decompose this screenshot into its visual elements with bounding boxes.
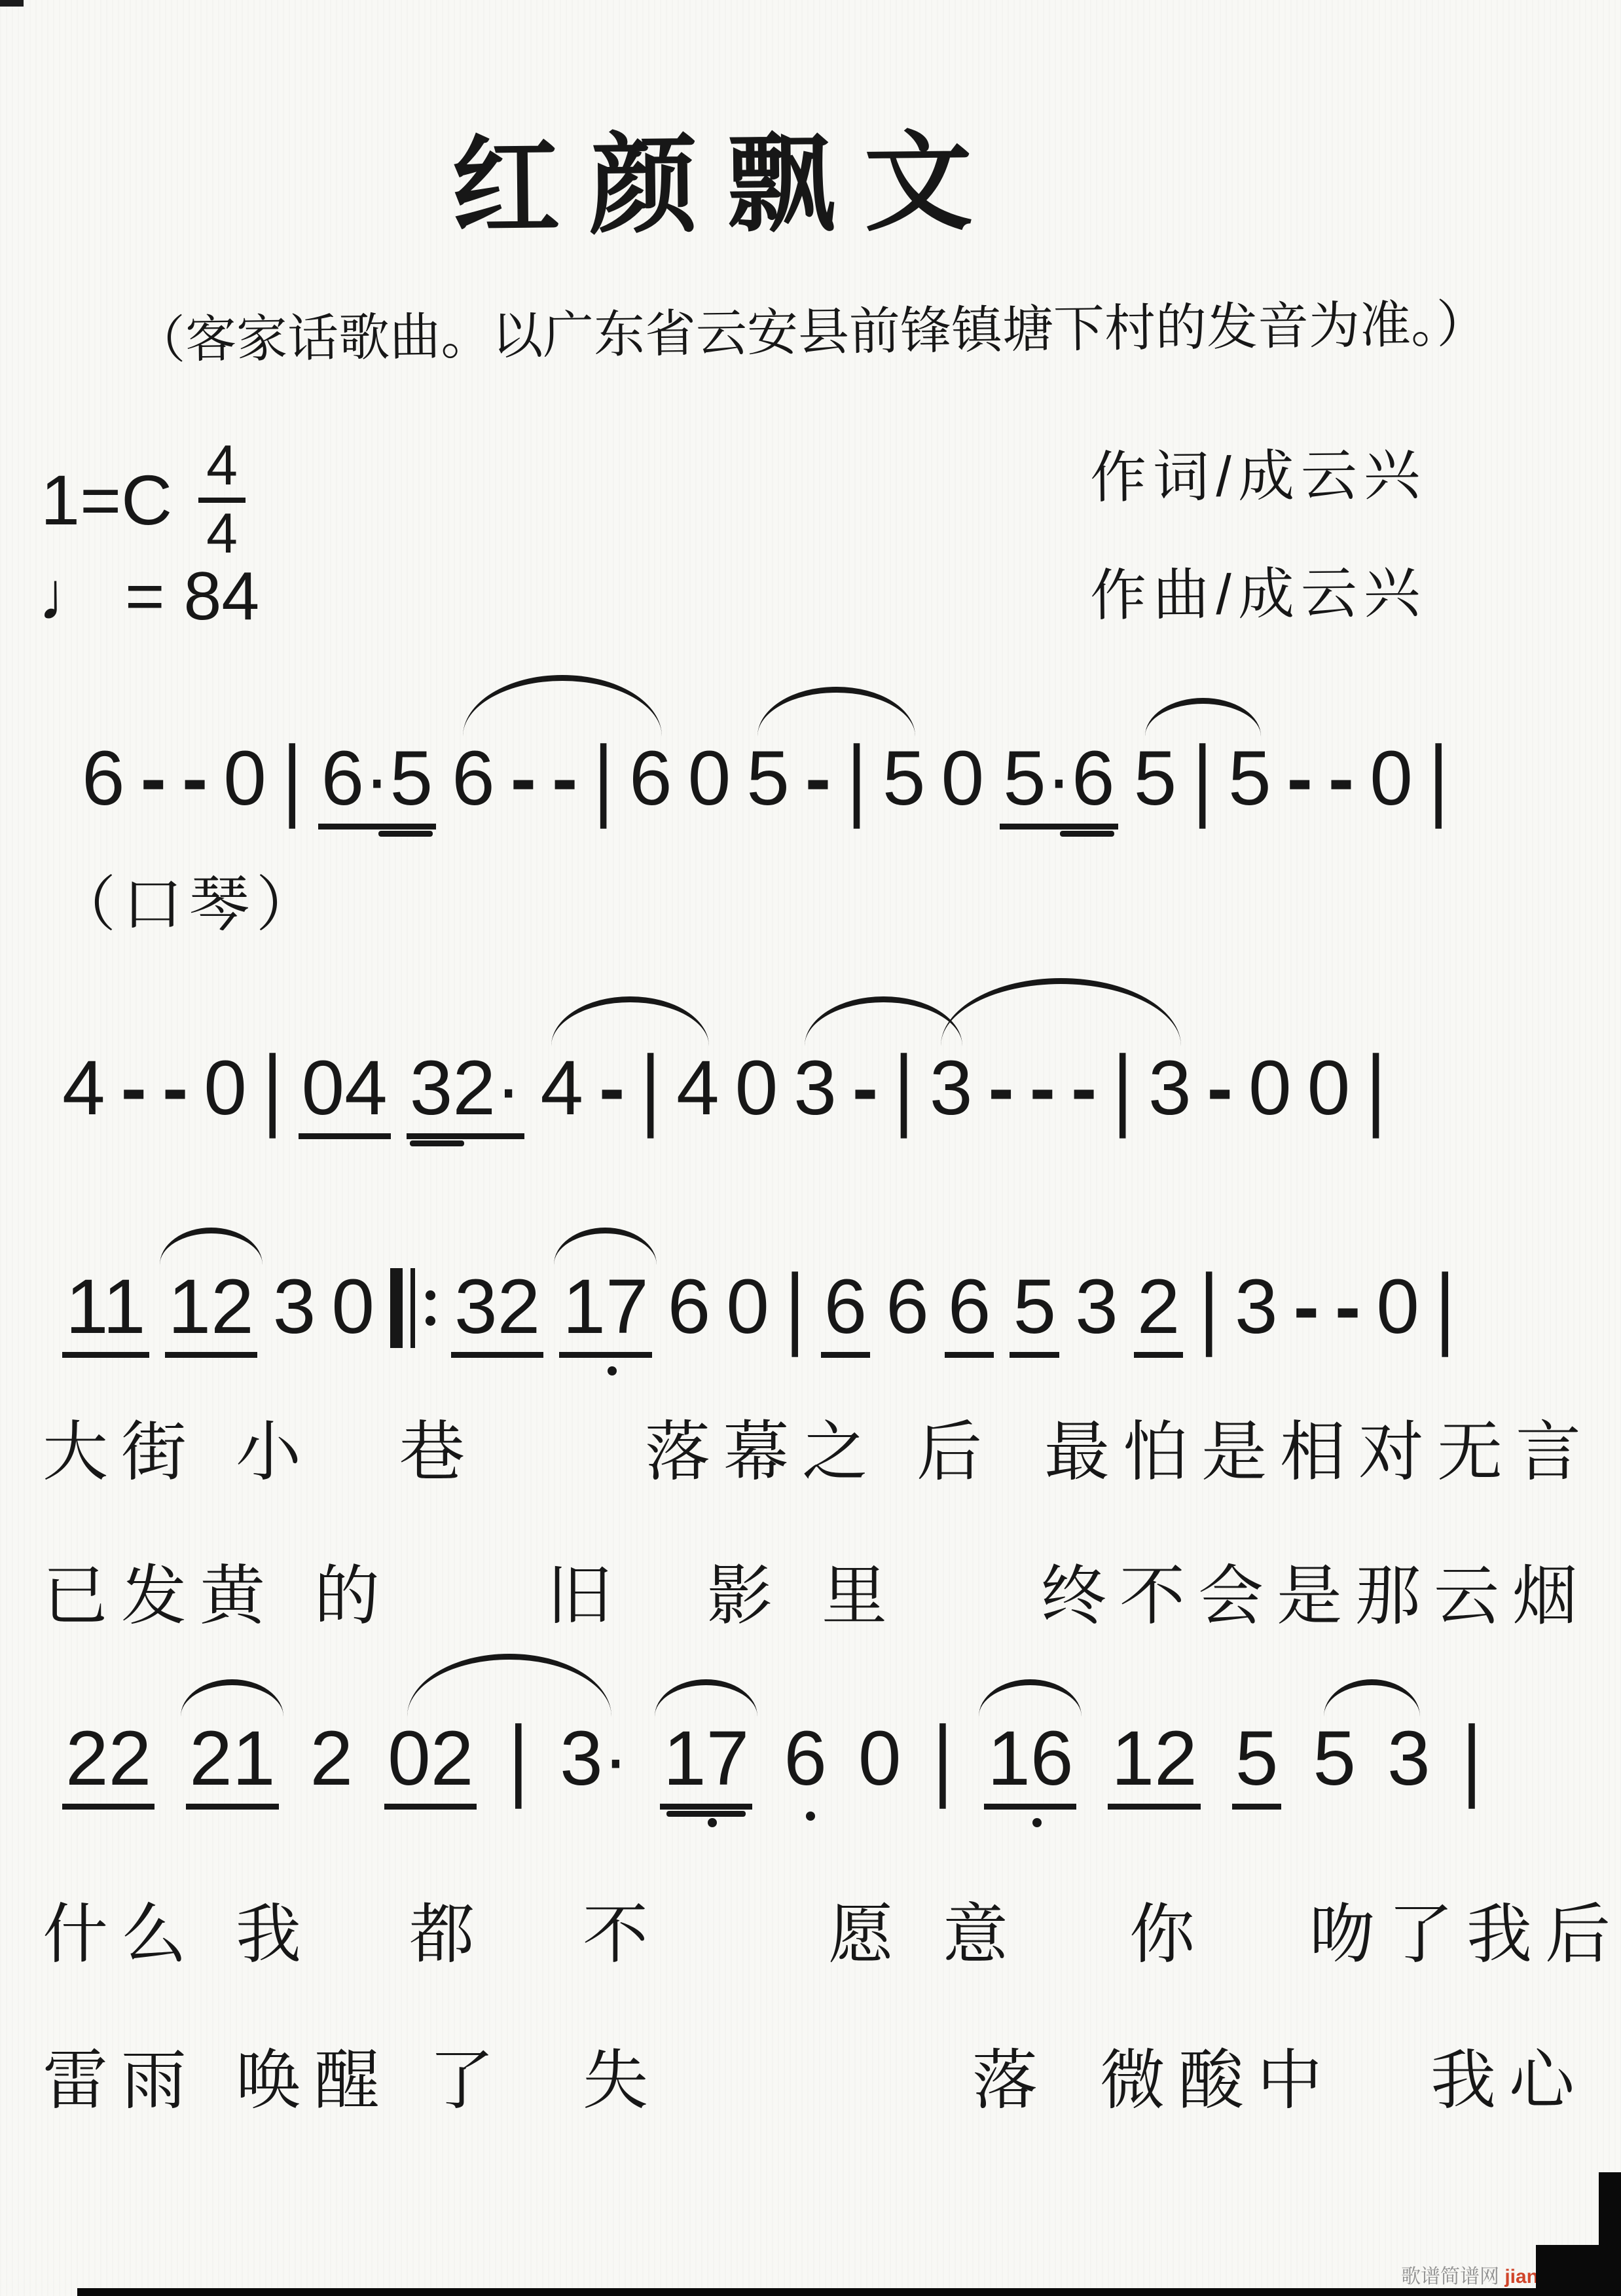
note-token: 6 — [886, 1268, 929, 1345]
barline-mark: | — [1192, 733, 1212, 824]
note-token: - — [162, 1049, 188, 1127]
lyric-segment: 雷雨 — [43, 2041, 200, 2120]
quarter-note-icon: ♩ — [38, 558, 106, 634]
barline-mark: | — [593, 733, 613, 824]
lyric-segment: 后 — [917, 1413, 995, 1491]
note-token: - — [852, 1049, 878, 1127]
lyric-segment: 大街 — [43, 1413, 200, 1491]
note-token: 4 — [62, 1049, 105, 1127]
lyric-segment: 吻了我后 — [1309, 1895, 1621, 1974]
barline-mark: | — [894, 1042, 914, 1133]
note-token: 5 — [1010, 1268, 1059, 1358]
note-token: 5 — [1313, 1720, 1356, 1797]
note-token: - — [141, 740, 166, 817]
note-token: 17 — [559, 1268, 651, 1358]
tie-arc — [181, 1679, 283, 1717]
note-token: 0 — [1248, 1049, 1292, 1127]
lyric-segment: 里 — [822, 1557, 900, 1635]
lyric-segment: 旧 — [547, 1557, 625, 1635]
note-token: 0 — [331, 1268, 374, 1345]
scan-artifact-bottom-bar — [77, 2288, 1621, 2296]
music-line: 4--0|0432·4-|403-|3---|3-00| — [62, 968, 1386, 1139]
note-token: - — [511, 740, 536, 817]
barline-mark: | — [508, 1713, 528, 1804]
note-token: 0 — [1376, 1268, 1419, 1345]
lyric-segment: 都 — [409, 1895, 488, 1974]
lyric-segment: 失 — [583, 2041, 661, 2120]
score-page: 红颜飘文 （客家话歌曲。以广东省云安县前锋镇塘下村的发音为准。） 1=C 4 4… — [0, 0, 1621, 2296]
lyric-segment: 什么 — [43, 1895, 200, 1974]
scan-artifact-bottom-right-block — [1536, 2245, 1621, 2296]
note-token: 5 — [1134, 740, 1177, 817]
lyric-segment: 落幕之 — [645, 1413, 881, 1491]
lyric-line: 大街小巷落幕之后最怕是相对无言 — [43, 1413, 1594, 1491]
note-token: 12 — [1108, 1720, 1200, 1810]
octave-dot — [1032, 1818, 1042, 1827]
note-token: 6 — [945, 1268, 994, 1358]
note-token: 3 — [930, 1049, 973, 1127]
tie-arc — [1145, 698, 1261, 737]
note-token: - — [1030, 1049, 1055, 1127]
scan-artifact-top-left — [0, 0, 24, 7]
time-signature-numerator: 4 — [198, 437, 246, 503]
note-token: 6 — [668, 1268, 711, 1345]
note-token: 0 — [858, 1720, 902, 1797]
tempo-marking: ♩ = 84 — [38, 558, 259, 636]
note-token: 3· — [560, 1720, 628, 1797]
note-token: 0 — [688, 740, 731, 817]
note-token: 3 — [1075, 1268, 1118, 1345]
barline-mark: | — [933, 1713, 953, 1804]
barline-mark: | — [282, 733, 302, 824]
tie-arc — [979, 1679, 1082, 1717]
lyric-segment: 落 — [972, 2041, 1051, 2120]
note-token: 04 — [299, 1049, 391, 1139]
note-token: 6 — [452, 740, 495, 817]
tie-arc — [1324, 1679, 1420, 1717]
lyric-segment: 我心 — [1430, 2041, 1588, 2120]
song-title: 红颜飘文 — [451, 96, 1002, 257]
lyric-line: 已发黄的旧影里终不会是那云烟 — [43, 1557, 1591, 1635]
note-token: 4 — [540, 1049, 583, 1127]
tie-arc — [757, 687, 915, 737]
tie-arc — [941, 978, 1181, 1046]
note-token: 0 — [941, 740, 984, 817]
time-signature-denominator: 4 — [206, 503, 238, 562]
lyric-line: 雷雨唤醒了失落微酸中我心 — [43, 2041, 1588, 2120]
note-token: 0 — [1307, 1049, 1351, 1127]
note-token: - — [121, 1049, 147, 1127]
note-token: 0 — [726, 1268, 769, 1345]
note-token: 6 — [82, 740, 125, 817]
note-token: 6 — [629, 740, 672, 817]
note-token: 21 — [186, 1720, 278, 1810]
barline-mark: | — [1366, 1042, 1386, 1133]
barline-mark: | — [1112, 1042, 1133, 1133]
note-token: - — [1071, 1049, 1097, 1127]
lyric-segment: 唤醒 — [236, 2041, 393, 2120]
composer-credit: 作曲/成云兴 — [1089, 547, 1427, 631]
note-token: 3 — [1148, 1049, 1192, 1127]
octave-dot — [708, 1818, 717, 1827]
note-token: 0 — [223, 740, 266, 817]
note-token: - — [552, 740, 577, 817]
note-token: 17 — [660, 1720, 752, 1810]
note-token: 3 — [793, 1049, 837, 1127]
note-token: 12 — [165, 1268, 257, 1358]
note-token: - — [1328, 740, 1354, 817]
note-token: 5 — [746, 740, 790, 817]
lyric-segment: 了 — [429, 2041, 507, 2120]
note-token: 11 — [62, 1268, 149, 1358]
note-token: - — [1335, 1268, 1360, 1345]
barline-mark: | — [1462, 1713, 1482, 1804]
tie-arc — [160, 1228, 263, 1265]
note-token: 4 — [676, 1049, 719, 1127]
tie-arc — [655, 1679, 757, 1717]
note-token: - — [805, 740, 831, 817]
barline-mark: | — [1429, 733, 1449, 824]
note-token: 0 — [204, 1049, 247, 1127]
tie-arc — [554, 1228, 657, 1265]
lyric-segment: 的 — [314, 1557, 393, 1635]
note-token: - — [1294, 1268, 1319, 1345]
note-token: 5 — [1232, 1720, 1282, 1810]
note-token: 3 — [1235, 1268, 1278, 1345]
note-token: 5 — [1228, 740, 1271, 817]
octave-dot — [806, 1812, 815, 1821]
tie-arc — [407, 1654, 611, 1717]
lyric-segment: 巷 — [399, 1413, 478, 1491]
barline-mark: | — [263, 1042, 283, 1133]
instrument-label: （口琴） — [56, 856, 323, 943]
lyricist-credit: 作词/成云兴 — [1089, 429, 1427, 513]
song-subtitle: （客家话歌曲。以广东省云安县前锋镇塘下村的发音为准。） — [134, 283, 1487, 373]
lyric-segment: 已发黄 — [43, 1557, 278, 1635]
note-token: 32· — [407, 1049, 525, 1139]
lyric-segment: 我 — [236, 1895, 314, 1974]
key-signature-label: 1=C — [41, 459, 172, 541]
note-token: 0 — [735, 1049, 778, 1127]
note-token: 6·5 — [318, 740, 437, 829]
note-token: 32 — [451, 1268, 543, 1358]
note-token: 3 — [1387, 1720, 1430, 1797]
music-line: 2221202|3·1760|1612553| — [62, 1638, 1482, 1810]
note-token: 16 — [984, 1720, 1076, 1810]
barline-mark: | — [847, 733, 867, 824]
note-token: 2 — [310, 1720, 354, 1797]
key-signature: 1=C 4 4 — [41, 437, 246, 562]
lyric-segment: 愿 — [828, 1895, 907, 1974]
note-token: - — [1287, 740, 1313, 817]
note-token: 2 — [1134, 1268, 1184, 1358]
lyric-segment: 微酸中 — [1100, 2041, 1336, 2120]
octave-dot — [608, 1366, 617, 1376]
tie-arc — [551, 996, 709, 1046]
lyric-segment: 你 — [1129, 1895, 1208, 1974]
lyric-segment: 不 — [583, 1895, 661, 1974]
tempo-value: = 84 — [125, 558, 259, 634]
note-token: - — [1207, 1049, 1233, 1127]
note-token: 3 — [273, 1268, 316, 1345]
music-line: 111230321760|666532|3--0| — [62, 1186, 1455, 1358]
note-token: - — [182, 740, 208, 817]
note-token: 6 — [784, 1720, 827, 1797]
lyric-segment: 最怕是相对无言 — [1044, 1413, 1594, 1491]
tie-arc — [805, 996, 962, 1046]
barline-mark: | — [785, 1261, 805, 1352]
tie-arc — [463, 675, 662, 737]
note-token: 22 — [62, 1720, 155, 1810]
note-token: 5 — [883, 740, 926, 817]
note-token: - — [988, 1049, 1013, 1127]
barline-mark: | — [1199, 1261, 1219, 1352]
lyric-line: 什么我都不愿意你吻了我后 — [43, 1895, 1621, 1974]
note-token: 5·6 — [1000, 740, 1118, 829]
barline-mark: | — [640, 1042, 661, 1133]
watermark-site-name: 歌谱简谱网 — [1401, 2266, 1499, 2287]
music-line: 6--0|6·56--|605-|505·65|5--0| — [82, 658, 1449, 829]
lyric-segment: 终不会是那云烟 — [1041, 1557, 1591, 1635]
note-token: 02 — [384, 1720, 477, 1810]
note-token: 0 — [1370, 740, 1413, 817]
barline-mark: | — [1435, 1261, 1455, 1352]
repeat-begin-sign — [390, 1268, 435, 1348]
note-token: - — [599, 1049, 625, 1127]
lyric-segment: 意 — [943, 1895, 1021, 1974]
lyric-segment: 影 — [707, 1557, 786, 1635]
note-token: 6 — [821, 1268, 871, 1358]
lyric-segment: 小 — [236, 1413, 314, 1491]
time-signature: 4 4 — [198, 437, 246, 562]
